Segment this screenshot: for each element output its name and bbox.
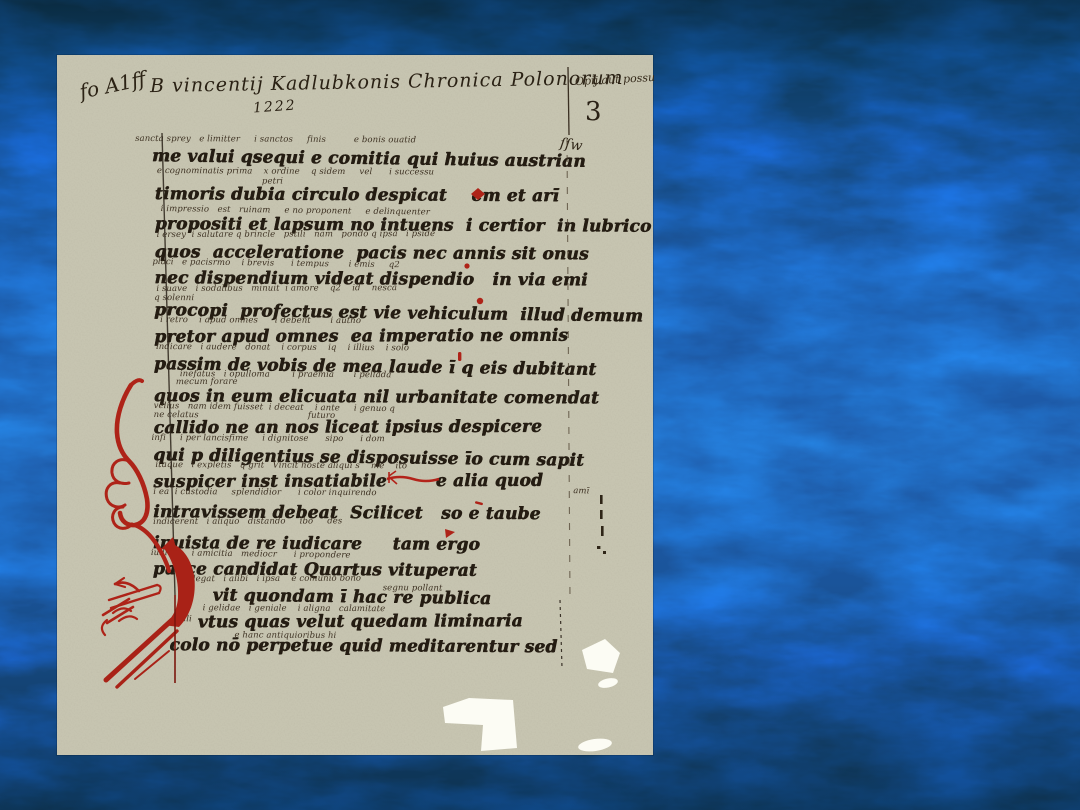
rubrication-marks (445, 188, 485, 538)
red-underscores (106, 620, 177, 687)
manicule-icon (102, 578, 161, 635)
red-flourish (106, 380, 169, 571)
manuscript-image: fo A1ff B vincentij Kadlubkonis Chronica… (57, 55, 653, 755)
red-strike (387, 477, 439, 481)
white-repair-patches (443, 639, 620, 753)
margin-dash-mark (597, 495, 606, 554)
left-rule-line (162, 133, 175, 595)
manuscript-decorations (57, 55, 653, 755)
red-slash (161, 537, 195, 627)
header-divider-line (568, 67, 569, 135)
right-rule-line (567, 139, 570, 600)
bottom-dash-rule (560, 600, 562, 668)
slide-background: fo A1ff B vincentij Kadlubkonis Chronica… (0, 0, 1080, 810)
